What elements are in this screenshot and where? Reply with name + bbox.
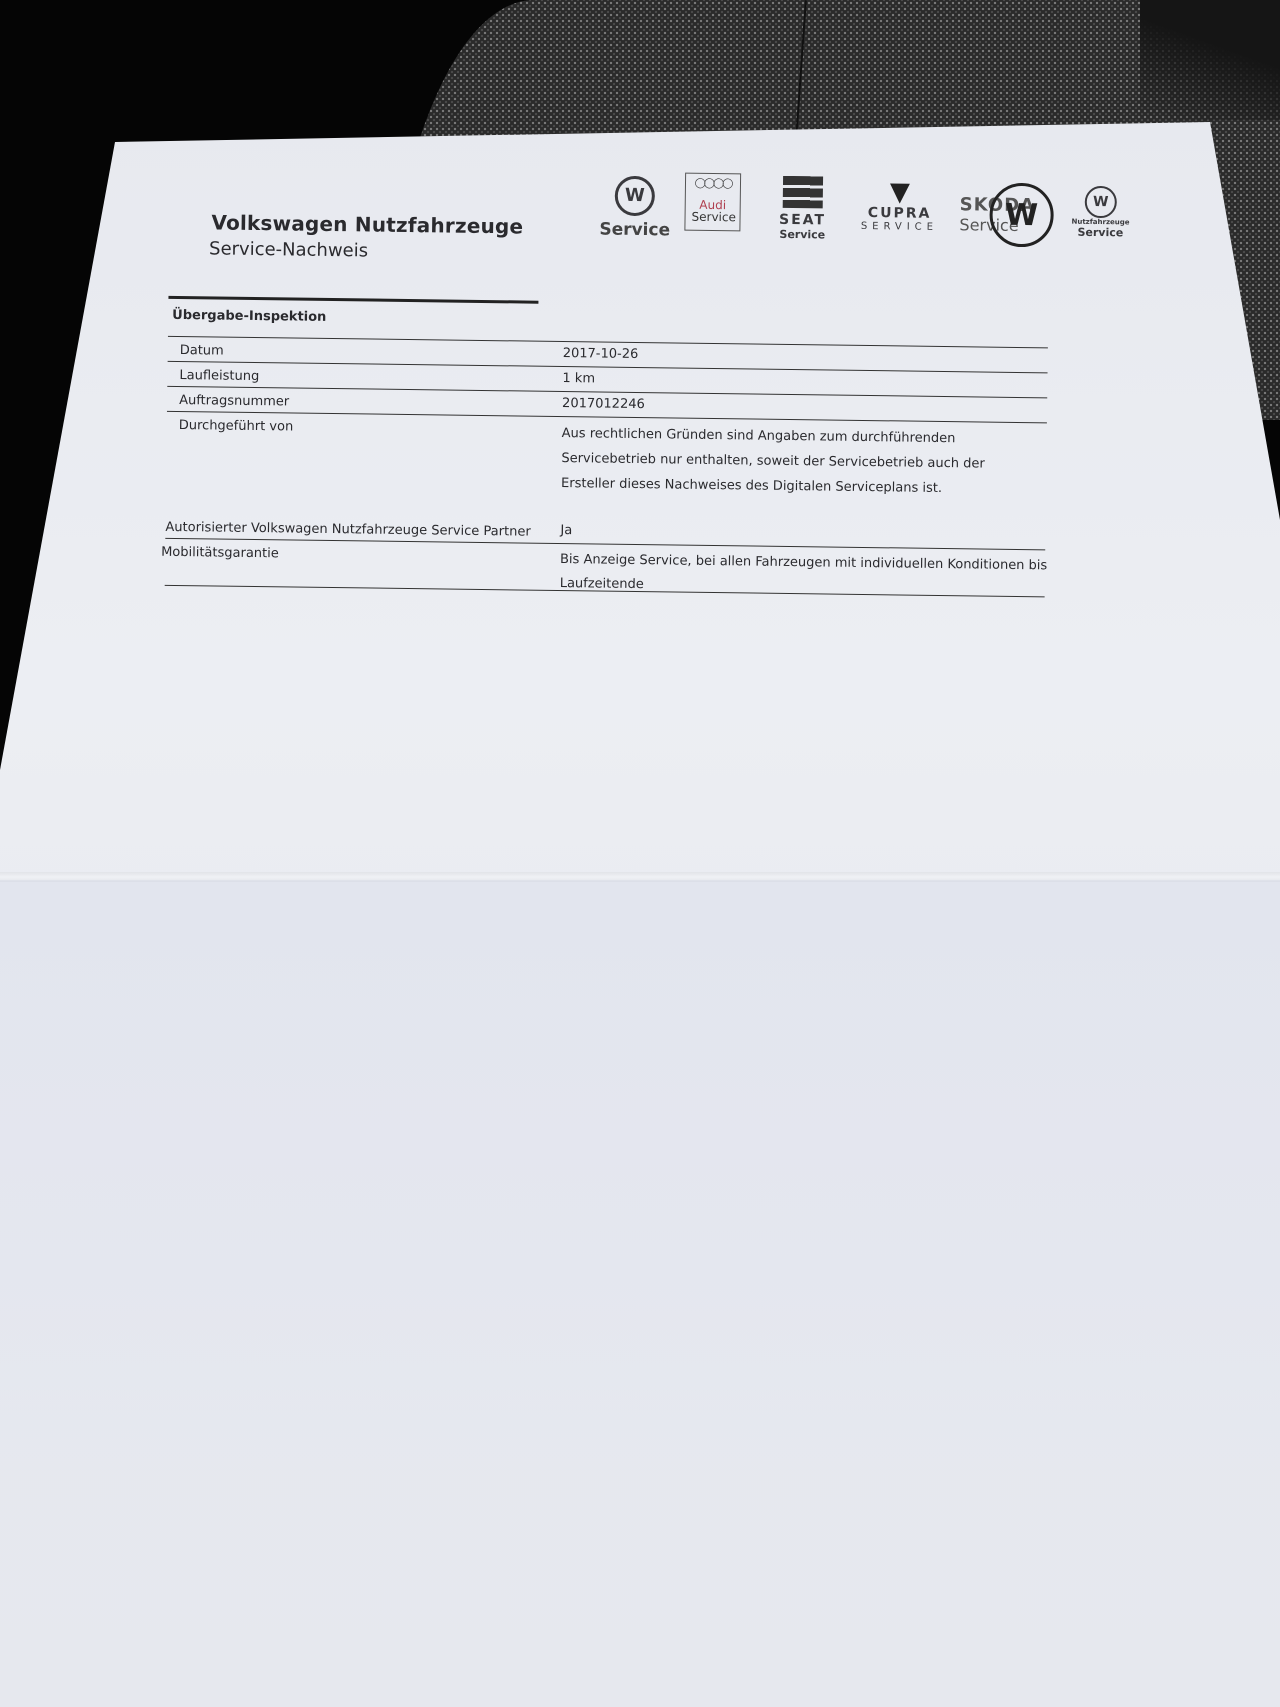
row-value: Bis Anzeige Service, bei allen Fahrzeuge…	[560, 548, 1061, 603]
audi-rings-icon: ◯◯◯◯	[692, 178, 734, 190]
row-label: Auftragsnummer	[179, 393, 289, 409]
row-value: 2017-10-26	[563, 346, 639, 362]
row-label: Mobilitätsgarantie	[161, 545, 279, 562]
seat-logo-icon	[783, 176, 823, 209]
logo-label: Service	[599, 219, 669, 240]
vw-logo-icon: W	[1085, 186, 1117, 218]
cupra-logo-icon: ▼	[852, 179, 948, 206]
row-label: Datum	[180, 343, 224, 359]
logo-label: Service	[767, 228, 837, 242]
row-value: 1 km	[562, 371, 595, 386]
seat-shadow	[1140, 0, 1280, 120]
paper-sheet: Volkswagen Nutzfahrzeuge Service-Nachwei…	[0, 0, 1280, 1707]
logo-label: SERVICE	[851, 221, 947, 233]
paper-fold-crease	[0, 872, 1280, 882]
logo-vw-nfz-service: W Nutzfahrzeuge Service	[1065, 186, 1136, 240]
logo-skoda-service: SKODA Service W	[959, 194, 1050, 235]
logo-audi-service: ◯◯◯◯ Audi Service	[684, 173, 741, 232]
logo-vw-service: W Service	[599, 175, 670, 240]
table-row-durchgefuehrt-von: Durchgeführt von Aus rechtlichen Gründen…	[166, 412, 1047, 526]
paper-lower-half	[0, 880, 1280, 1707]
row-value: Aus rechtlichen Gründen sind Angaben zum…	[561, 421, 1042, 502]
logo-label: Service	[1065, 226, 1135, 240]
service-record: Volkswagen Nutzfahrzeuge Service-Nachwei…	[179, 180, 1180, 272]
logo-name: SEAT	[767, 212, 837, 229]
vw-logo-icon: W	[615, 176, 656, 217]
logo-seat-service: SEAT Service	[767, 176, 838, 242]
row-label: Laufleistung	[179, 368, 259, 384]
row-value: Ja	[560, 523, 572, 538]
row-value: 2017012246	[562, 396, 645, 412]
row-label: Durchgeführt von	[179, 418, 294, 434]
logo-name: CUPRA	[852, 205, 948, 222]
row-label: Autorisierter Volkswagen Nutzfahrzeuge S…	[165, 520, 530, 540]
vw-logo-overlay-icon: W	[989, 183, 1054, 248]
logo-cupra-service: ▼ CUPRA SERVICE	[851, 179, 948, 233]
inspection-table: Übergabe-Inspektion Datum 2017-10-26 Lau…	[165, 302, 1049, 597]
section-heading: Übergabe-Inspektion	[172, 308, 326, 325]
brand-logo-row: W Service ◯◯◯◯ Audi Service SEAT Service…	[599, 175, 1120, 262]
logo-label: Service	[691, 211, 733, 225]
